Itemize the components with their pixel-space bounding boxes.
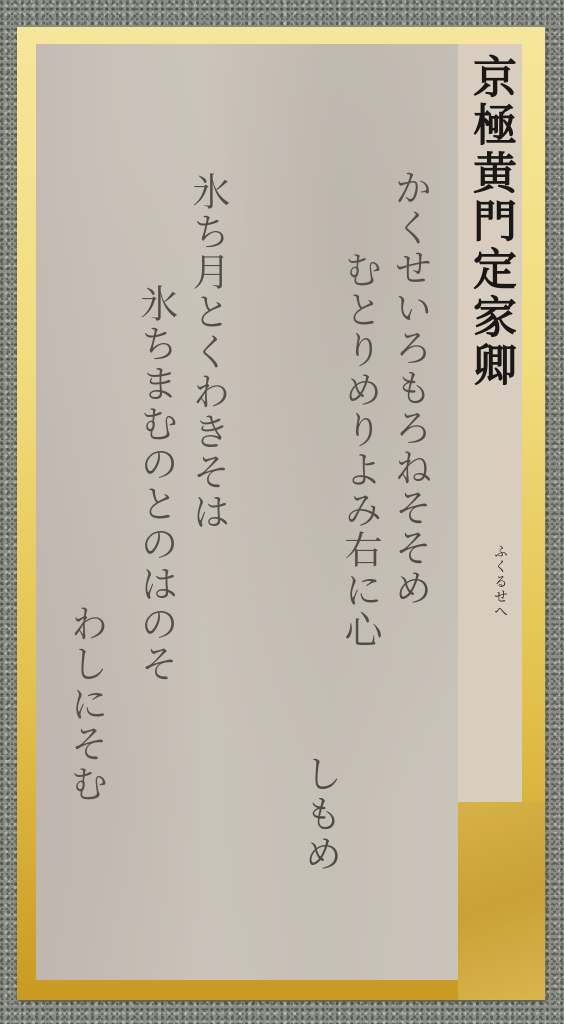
- poem-column-6: わしにそむ: [64, 604, 108, 804]
- poem-column-5: 氷ちまむのとのはのそ: [134, 284, 178, 684]
- attribution-title: 京極黄門定家卿: [466, 54, 514, 390]
- poem-first-line-note: ふくるせへ: [490, 544, 510, 619]
- gold-mount-board: かくせいろもろねそそめ むとりめりよみ右に心 しもめ 氷ち月とくわきそは 氷ちま…: [17, 27, 545, 1000]
- poem-column-2: むとりめりよみ右に心: [338, 250, 382, 650]
- poem-column-4: 氷ち月とくわきそは: [186, 172, 230, 532]
- calligraphy-paper: かくせいろもろねそそめ むとりめりよみ右に心 しもめ 氷ち月とくわきそは 氷ちま…: [36, 44, 458, 980]
- poem-column-1: かくせいろもろねそそめ: [388, 168, 432, 608]
- gold-leaf-corner: [458, 802, 545, 1000]
- poem-column-3: しもめ: [298, 754, 342, 874]
- title-label-strip: 京極黄門定家卿 ふくるせへ: [458, 44, 522, 802]
